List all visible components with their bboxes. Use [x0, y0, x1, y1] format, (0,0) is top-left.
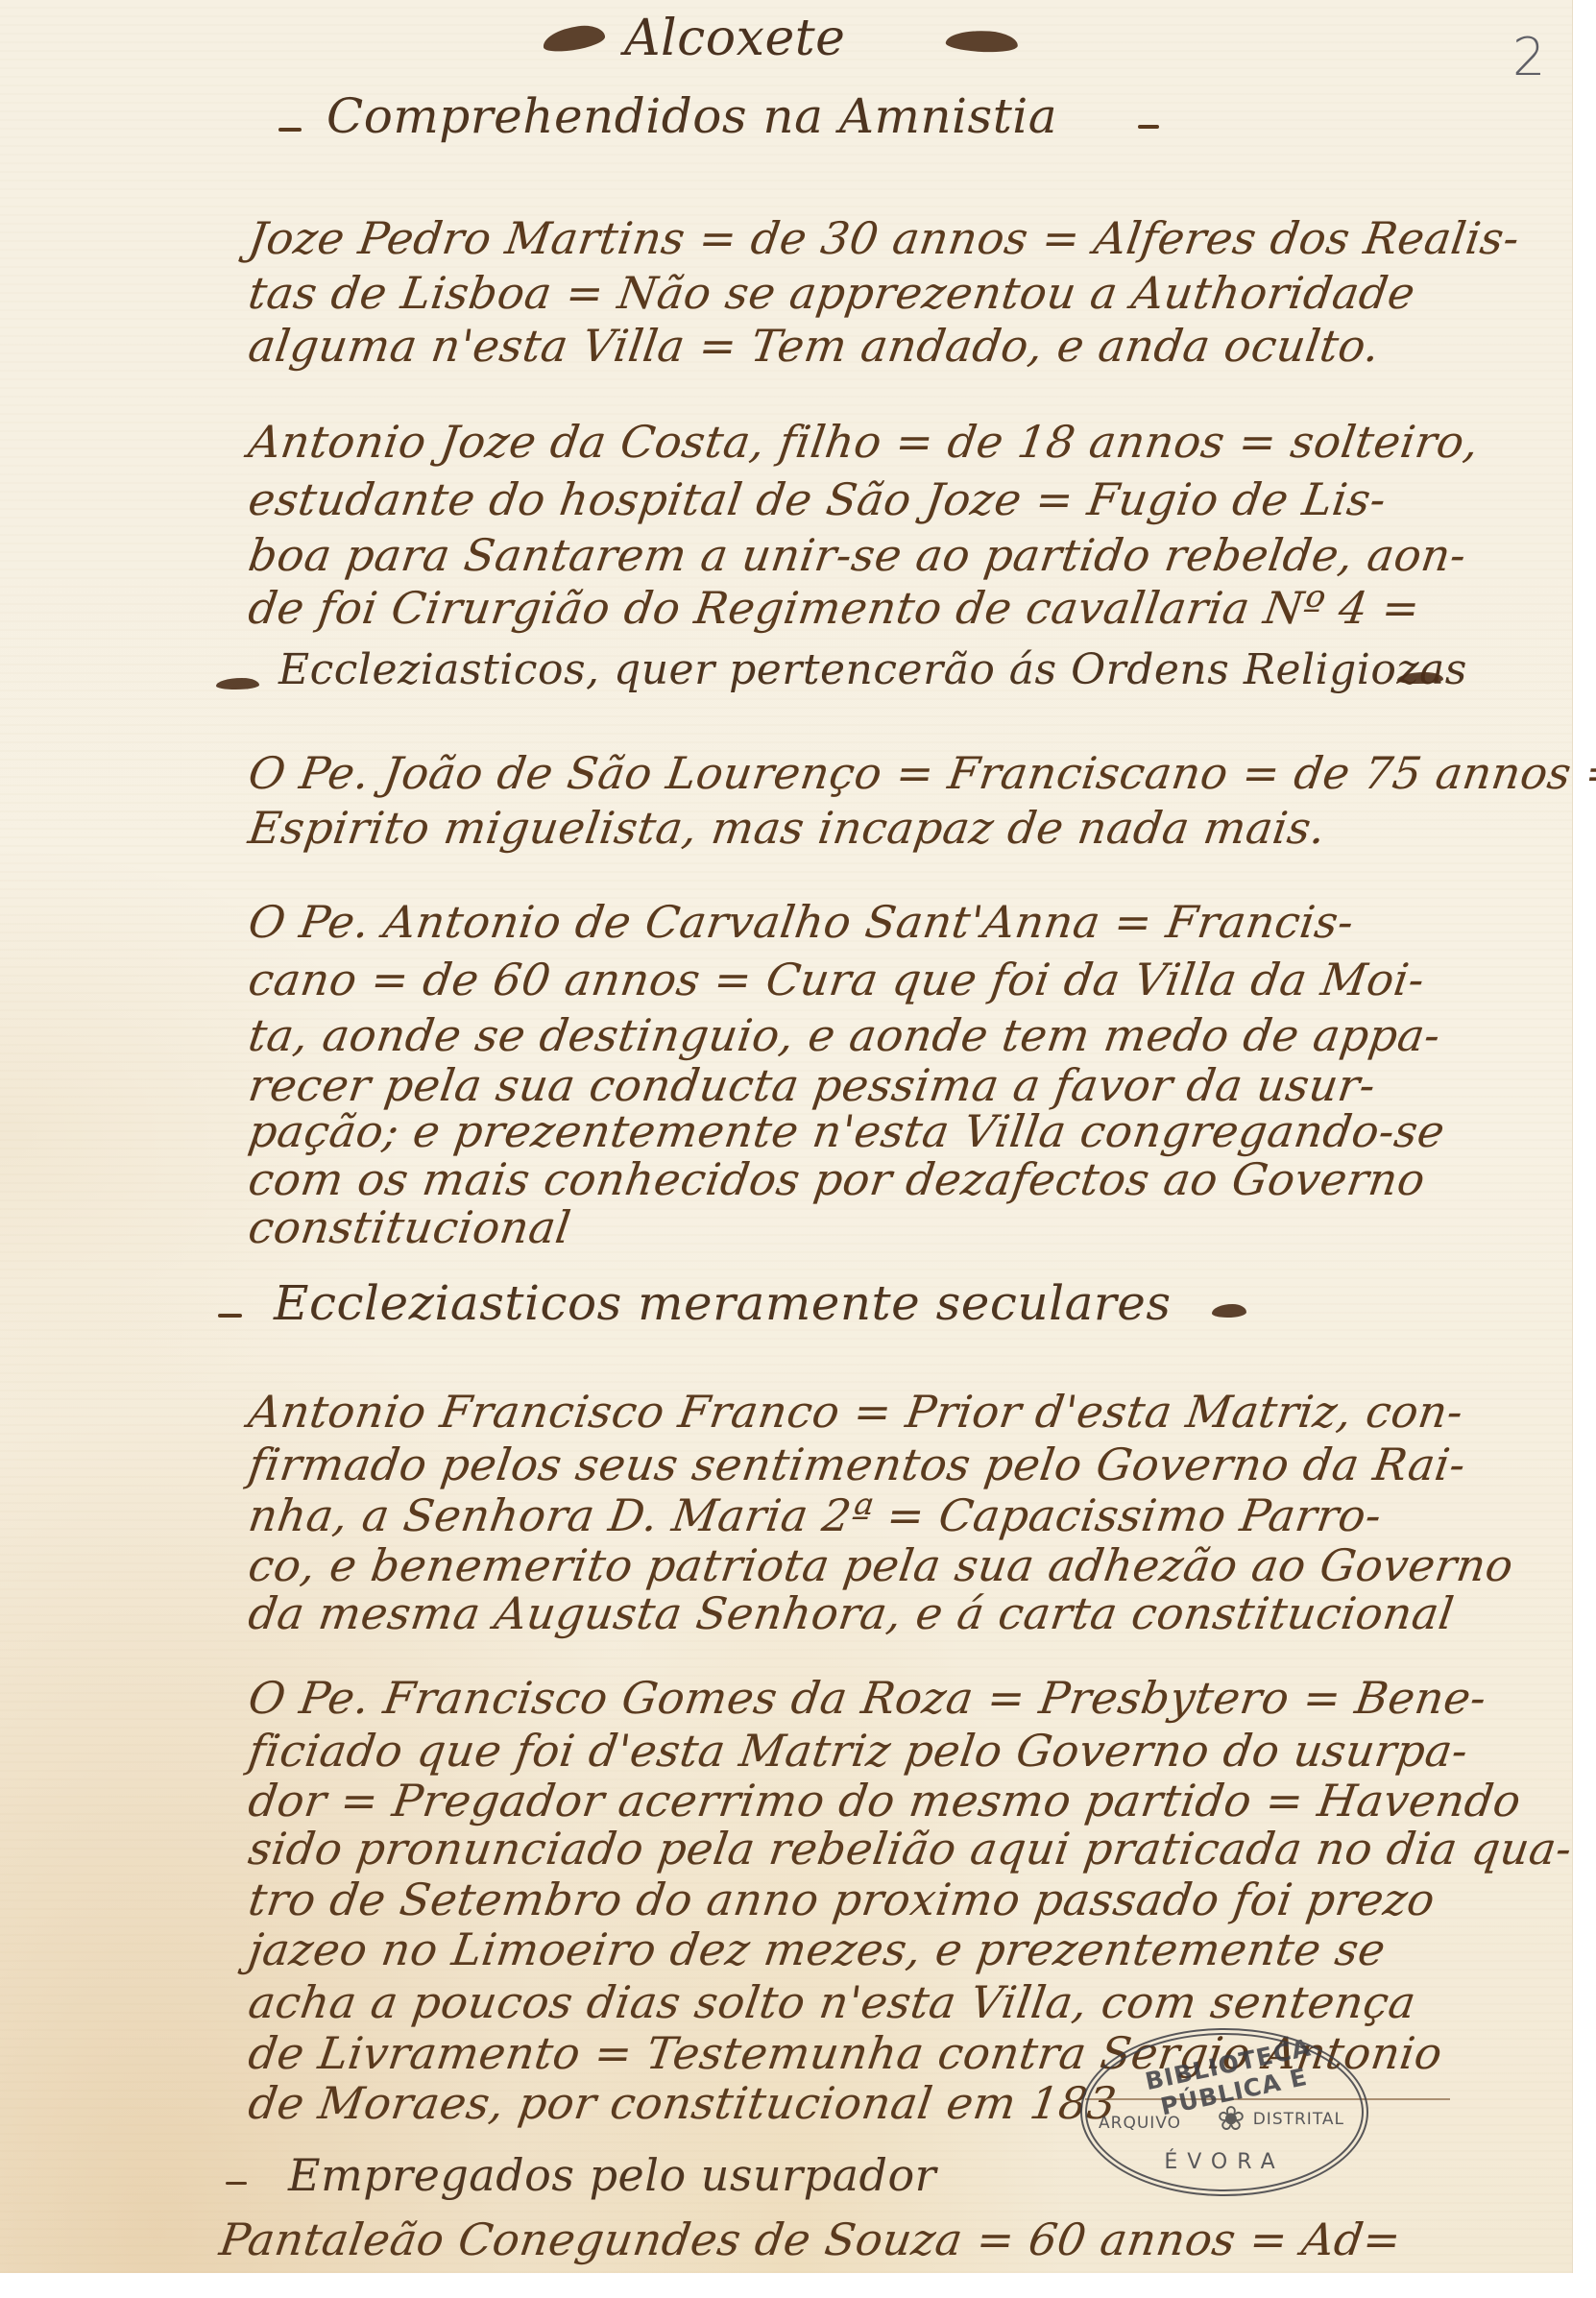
archive-stamp: BIBLIOTECA PÚBLICA E ARQUIVO ❀ DISTRITAL… [1080, 2028, 1368, 2196]
entry-line: alguma n'esta Villa = Tem andado, e anda… [245, 317, 1384, 375]
stamp-left-text: ARQUIVO [1099, 2114, 1181, 2133]
stamp-bottom-text: ÉVORA [1087, 2150, 1362, 2174]
entry-line: cano = de 60 annos = Cura que foi da Vil… [245, 951, 1428, 1008]
entry-line: de Moraes, por constitucional em 183 [245, 2074, 1121, 2132]
entry-line: jazeo no Limoeiro dez mezes, e prezentem… [245, 1921, 1390, 1978]
entry-line: Pantaleão Conegundes de Souza = 60 annos… [216, 2211, 1405, 2268]
heading-dash-left [278, 128, 302, 132]
entry-line: Antonio Joze da Costa, filho = de 18 ann… [245, 413, 1483, 471]
entry-line: sido pronunciado pela rebelião aqui prat… [245, 1820, 1576, 1877]
entry-line: firmado pelos seus sentimentos pelo Gove… [245, 1436, 1469, 1493]
heading-dash-right [1397, 672, 1443, 684]
title-flourish-left [542, 23, 607, 55]
entry-line: estudante do hospital de São Joze = Fugi… [245, 471, 1390, 528]
entry-line: boa para Santarem a unir-se ao partido r… [245, 526, 1470, 584]
heading-dash-right [1138, 125, 1159, 129]
entry-line: O Pe. Francisco Gomes da Roza = Presbyte… [245, 1669, 1490, 1727]
entry-line: de foi Cirurgião do Regimento de cavalla… [245, 579, 1424, 637]
entry-line: tro de Setembro do anno proximo passado … [245, 1871, 1439, 1928]
section-heading-amnistia: Comprehendidos na Amnistia [326, 88, 1057, 144]
heading-dash-left [216, 678, 259, 689]
section-heading-empregados: Empregados pelo usurpador [288, 2149, 936, 2201]
entry-line: Joze Pedro Martins = de 30 annos = Alfer… [245, 209, 1523, 267]
entry-line: O Pe. João de São Lourenço = Franciscano… [245, 744, 1596, 802]
section-heading-seculares: Eccleziasticos meramente seculares [274, 1275, 1172, 1331]
heading-dash-left [226, 2182, 247, 2185]
entry-line: O Pe. Antonio de Carvalho Sant'Anna = Fr… [245, 893, 1358, 951]
entry-line: nha, a Senhora D. Maria 2ª = Capacissimo… [245, 1487, 1386, 1544]
manuscript-page: 2 Alcoxete Comprehendidos na Amnistia Jo… [0, 0, 1573, 2273]
title-flourish-right [945, 28, 1018, 54]
entry-line: constitucional [245, 1198, 574, 1256]
entry-line: Espirito miguelista, mas incapaz de nada… [245, 799, 1329, 857]
entry-line: ta, aonde se destinguio, e aonde tem med… [245, 1006, 1444, 1064]
coat-of-arms-icon: ❀ [1207, 2092, 1255, 2141]
heading-dash-left [218, 1314, 242, 1318]
entry-line: Antonio Francisco Franco = Prior d'esta … [245, 1383, 1467, 1440]
entry-line: acha a poucos dias solto n'esta Villa, c… [245, 1973, 1419, 2031]
entry-line: ficiado que foi d'esta Matriz pelo Gover… [245, 1722, 1472, 1779]
page-number: 2 [1512, 27, 1545, 87]
heading-dash-right [1212, 1304, 1246, 1318]
entry-line: da mesma Augusta Senhora, e á carta cons… [245, 1584, 1458, 1642]
section-heading-ordens-religiosas: Eccleziasticos, quer pertencerão ás Orde… [278, 645, 1467, 694]
stamp-right-text: DISTRITAL [1253, 2110, 1344, 2129]
page-title: Alcoxete [624, 10, 845, 67]
entry-line: tas de Lisboa = Não se apprezentou a Aut… [245, 264, 1419, 322]
